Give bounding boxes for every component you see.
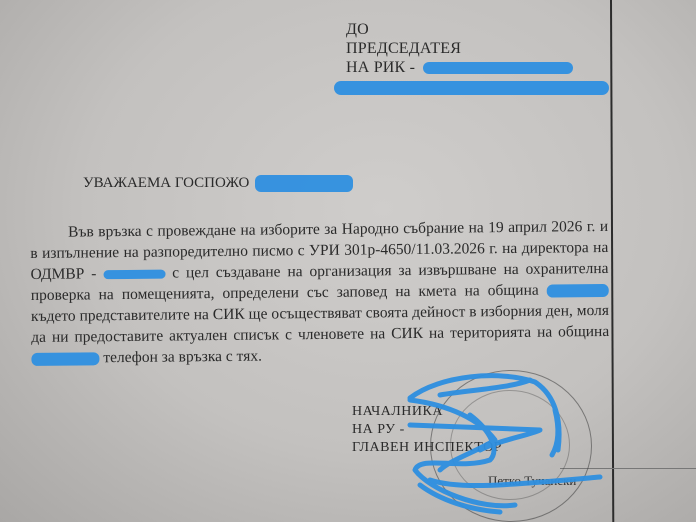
addressee-rik: НА РИК -: [346, 59, 415, 76]
body-segment-4: телефон за връзка с тях.: [99, 348, 262, 367]
body-segment-2: с цел създаване на организация за извърш…: [31, 260, 609, 304]
letter-body: Във връзка с провеждане на изборите за Н…: [30, 216, 610, 369]
addressee-line-3: НА РИК -: [346, 58, 609, 77]
redaction-mark: [31, 352, 99, 366]
redaction-scribble: [330, 360, 610, 520]
addressee-line-1: ДО: [346, 20, 609, 39]
addressee-redacted-line: [334, 78, 609, 97]
document-photo: ДО ПРЕДСЕДАТЕЯ НА РИК - УВАЖАЕМА ГОСПОЖО…: [0, 0, 696, 522]
body-segment-3: където представителите на СИК ще осъщест…: [31, 302, 609, 346]
greeting-text: УВАЖАЕМА ГОСПОЖО: [83, 175, 249, 191]
greeting: УВАЖАЕМА ГОСПОЖО: [83, 175, 353, 192]
addressee-line-2: ПРЕДСЕДАТЕЯ: [346, 39, 609, 58]
body-paragraph: Във връзка с провеждане на изборите за Н…: [30, 216, 610, 369]
redaction-mark: [423, 62, 573, 74]
redaction-mark: [255, 175, 353, 192]
addressee-block: ДО ПРЕДСЕДАТЕЯ НА РИК -: [346, 20, 609, 97]
redaction-mark: [547, 284, 609, 298]
page-edge-line: [610, 0, 614, 522]
redaction-mark: [334, 81, 609, 95]
redaction-mark: [103, 270, 165, 280]
